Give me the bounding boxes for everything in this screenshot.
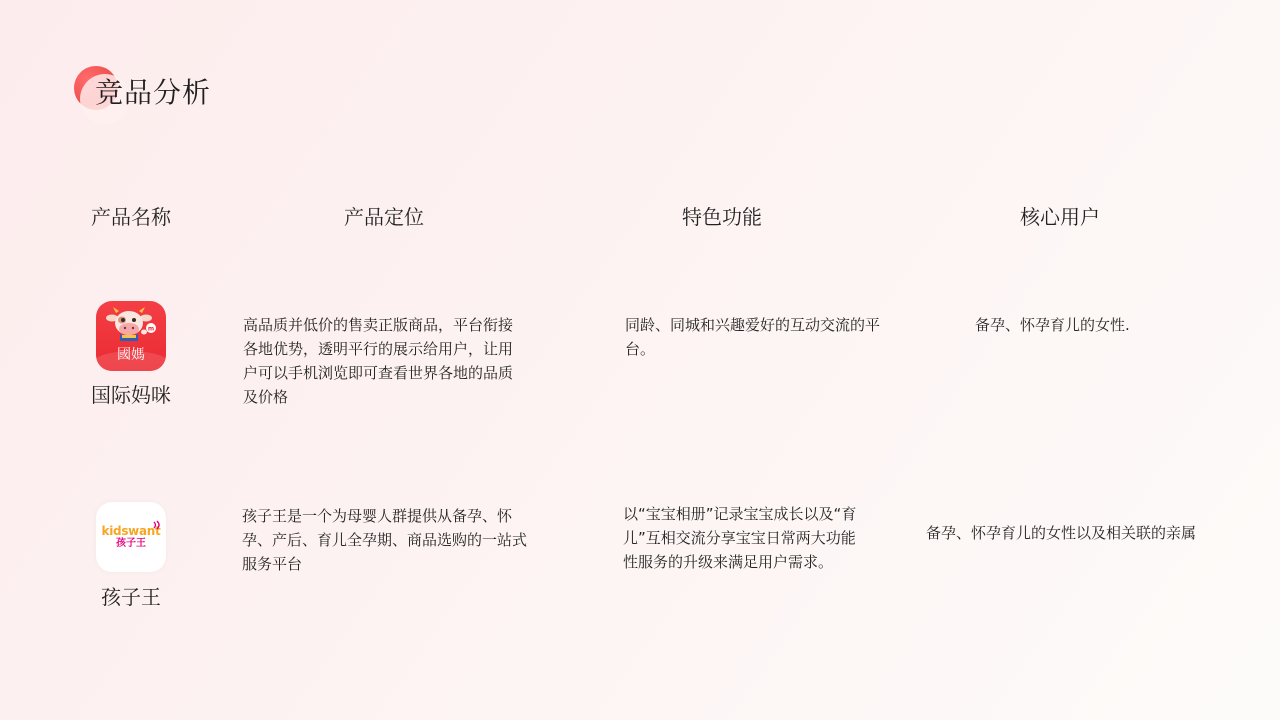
header-positioning: 产品定位 bbox=[344, 203, 424, 231]
header-features: 特色功能 bbox=[682, 203, 762, 231]
product-name: 国际妈咪 bbox=[91, 381, 171, 409]
kidswant-logo-text: kidswant bbox=[101, 524, 161, 538]
core-users-text: 备孕、怀孕育儿的女性以及相关联的亲属 bbox=[926, 521, 1206, 545]
guoji-mami-app-icon: m 國媽 bbox=[96, 301, 166, 371]
product-name: 孩子王 bbox=[101, 583, 161, 611]
header-core-users: 核心用户 bbox=[1020, 203, 1100, 231]
kidswant-app-icon: kidswant 孩子王 bbox=[96, 502, 166, 572]
kidswant-logo-cn: 孩子王 bbox=[96, 538, 166, 550]
core-users-text: 备孕、怀孕育儿的女性. bbox=[975, 313, 1215, 337]
positioning-text: 高品质并低价的售卖正版商品，平台衔接各地优势，透明平行的展示给用户，让用户可以手… bbox=[243, 313, 518, 409]
app-icon-label: 國媽 bbox=[96, 345, 166, 365]
features-text: 以“宝宝相册”记录宝宝成长以及“育儿”互相交流分享宝宝日常两大功能性服务的升级来… bbox=[623, 502, 868, 574]
positioning-text: 孩子王是一个为母婴人群提供从备孕、怀孕、产后、育儿全孕期、商品选购的一站式服务平… bbox=[242, 504, 527, 576]
svg-text:m: m bbox=[148, 326, 154, 333]
signal-icon bbox=[153, 520, 161, 530]
header-product-name: 产品名称 bbox=[91, 203, 171, 231]
page-title: 竞品分析 bbox=[95, 75, 211, 111]
features-text: 同龄、同城和兴趣爱好的互动交流的平台。 bbox=[625, 313, 885, 361]
